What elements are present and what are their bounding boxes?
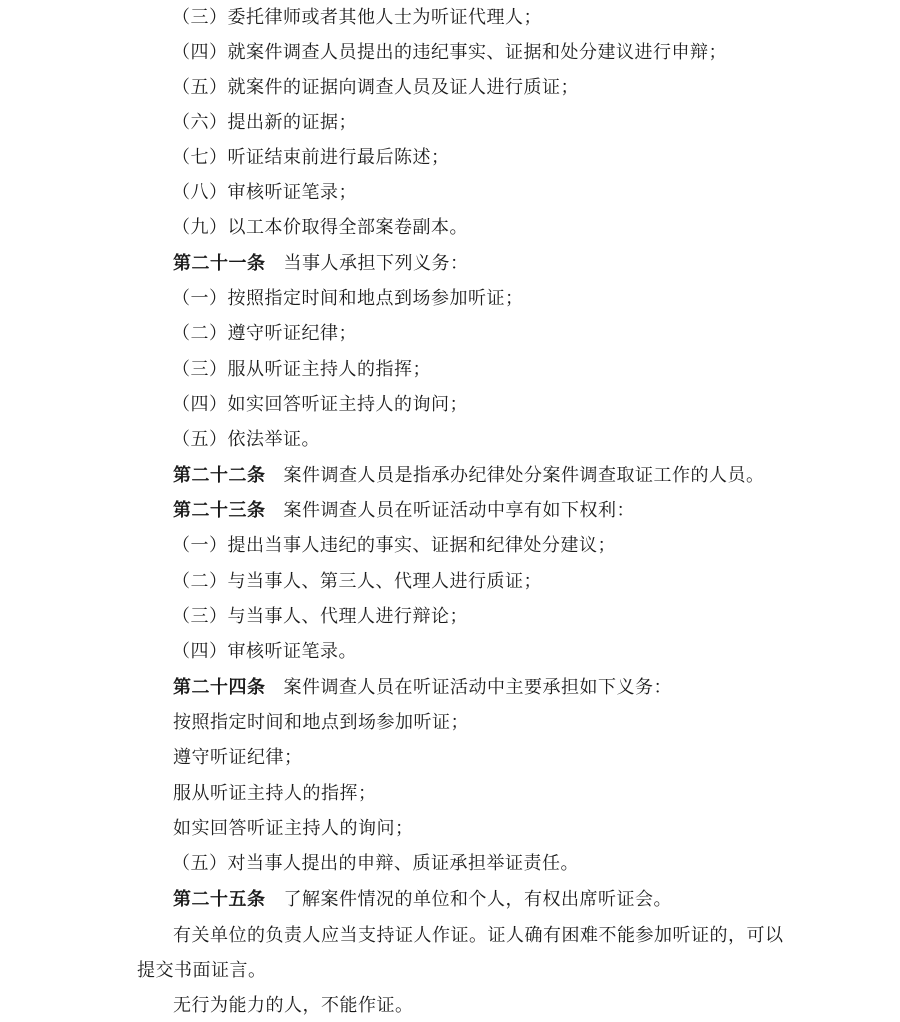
line-text: （一）提出当事人违纪的事实、证据和纪律处分建议；: [172, 535, 616, 556]
list-item: （一）按照指定时间和地点到场参加听证；: [172, 281, 524, 316]
article-24: 第二十四条案件调查人员在听证活动中主要承担如下义务：: [173, 670, 672, 705]
article-number: 第二十五条: [173, 889, 266, 910]
list-item: （五）对当事人提出的申辩、质证承担举证责任。: [172, 846, 579, 881]
list-item: （九）以工本价取得全部案卷副本。: [172, 210, 468, 245]
paragraph-continuation: 提交书面证言。: [137, 953, 267, 988]
line-text: （一）按照指定时间和地点到场参加听证；: [172, 288, 524, 309]
line-text: 如实回答听证主持人的询问；: [173, 818, 414, 839]
paragraph: 有关单位的负责人应当支持证人作证。证人确有困难不能参加听证的，可以: [173, 918, 784, 953]
paragraph: 无行为能力的人，不能作证。: [173, 988, 414, 1022]
document-page: （三）委托律师或者其他人士为听证代理人； （四）就案件调查人员提出的违纪事实、证…: [0, 0, 900, 1022]
line-text: 案件调查人员在听证活动中主要承担如下义务：: [284, 677, 673, 698]
list-item: （七）听证结束前进行最后陈述；: [172, 140, 450, 175]
article-22: 第二十二条案件调查人员是指承办纪律处分案件调查取证工作的人员。: [173, 458, 765, 493]
article-number: 第二十三条: [173, 500, 266, 521]
list-item: 如实回答听证主持人的询问；: [173, 811, 414, 846]
line-text: （四）审核听证笔录。: [172, 641, 357, 662]
list-item: （五）依法举证。: [172, 422, 320, 457]
list-item: （二）遵守听证纪律；: [172, 316, 357, 351]
line-text: 有关单位的负责人应当支持证人作证。证人确有困难不能参加听证的，可以: [173, 925, 784, 946]
line-text: （五）依法举证。: [172, 429, 320, 450]
article-25: 第二十五条了解案件情况的单位和个人，有权出席听证会。: [173, 882, 672, 917]
list-item: （六）提出新的证据；: [172, 105, 357, 140]
line-text: （二）与当事人、第三人、代理人进行质证；: [172, 571, 542, 592]
list-item: 服从听证主持人的指挥；: [173, 776, 377, 811]
line-text: 遵守听证纪律；: [173, 747, 303, 768]
article-21: 第二十一条当事人承担下列义务：: [173, 246, 469, 281]
list-item: （四）审核听证笔录。: [172, 634, 357, 669]
line-text: （八）审核听证笔录；: [172, 182, 357, 203]
line-text: （五）对当事人提出的申辩、质证承担举证责任。: [172, 853, 579, 874]
line-text: 当事人承担下列义务：: [284, 253, 469, 274]
list-item: （五）就案件的证据向调查人员及证人进行质证；: [172, 70, 579, 105]
line-text: （五）就案件的证据向调查人员及证人进行质证；: [172, 77, 579, 98]
line-text: （三）服从听证主持人的指挥；: [172, 359, 431, 380]
line-text: （六）提出新的证据；: [172, 112, 357, 133]
line-text: 无行为能力的人，不能作证。: [173, 995, 414, 1016]
article-23: 第二十三条案件调查人员在听证活动中享有如下权利：: [173, 493, 635, 528]
line-text: 案件调查人员在听证活动中享有如下权利：: [284, 500, 636, 521]
list-item: （二）与当事人、第三人、代理人进行质证；: [172, 564, 542, 599]
list-item: 遵守听证纪律；: [173, 740, 303, 775]
line-text: 了解案件情况的单位和个人，有权出席听证会。: [284, 889, 673, 910]
line-text: （二）遵守听证纪律；: [172, 323, 357, 344]
line-text: 服从听证主持人的指挥；: [173, 783, 377, 804]
list-item: （四）如实回答听证主持人的询问；: [172, 387, 468, 422]
article-number: 第二十二条: [173, 465, 266, 486]
line-text: （三）与当事人、代理人进行辩论；: [172, 606, 468, 627]
line-text: （九）以工本价取得全部案卷副本。: [172, 217, 468, 238]
list-item: （三）与当事人、代理人进行辩论；: [172, 599, 468, 634]
list-item: （三）服从听证主持人的指挥；: [172, 352, 431, 387]
line-text: （四）如实回答听证主持人的询问；: [172, 394, 468, 415]
article-number: 第二十四条: [173, 677, 266, 698]
article-number: 第二十一条: [173, 253, 266, 274]
list-item: （一）提出当事人违纪的事实、证据和纪律处分建议；: [172, 528, 616, 563]
list-item: （四）就案件调查人员提出的违纪事实、证据和处分建议进行申辩；: [172, 35, 727, 70]
line-text: （七）听证结束前进行最后陈述；: [172, 147, 450, 168]
line-text: （三）委托律师或者其他人士为听证代理人；: [172, 7, 542, 28]
list-item: （三）委托律师或者其他人士为听证代理人；: [172, 0, 542, 35]
list-item: （八）审核听证笔录；: [172, 175, 357, 210]
list-item: 按照指定时间和地点到场参加听证；: [173, 705, 469, 740]
line-text: 提交书面证言。: [137, 960, 267, 981]
line-text: 案件调查人员是指承办纪律处分案件调查取证工作的人员。: [284, 465, 765, 486]
line-text: （四）就案件调查人员提出的违纪事实、证据和处分建议进行申辩；: [172, 42, 727, 63]
line-text: 按照指定时间和地点到场参加听证；: [173, 712, 469, 733]
